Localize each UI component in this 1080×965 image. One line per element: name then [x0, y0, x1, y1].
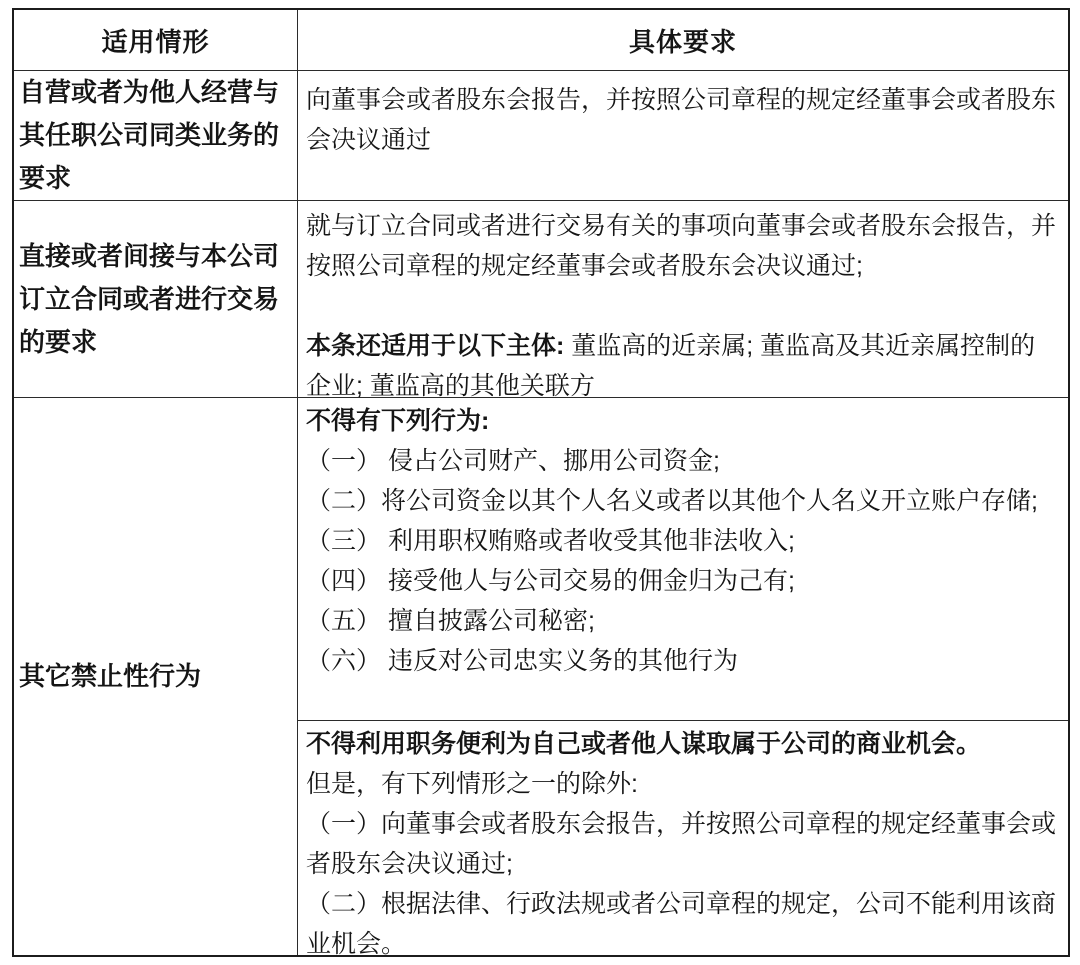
prohibited-act-item-2: （二）将公司资金以其个人名义或者以其他个人名义开立账户存储;: [306, 481, 1058, 521]
prohibited-act-item-5: （五） 擅自披露公司秘密;: [306, 601, 1058, 641]
requirement-cell: 就与订立合同或者进行交易有关的事项向董事会或者股东会报告，并按照公司章程的规定经…: [298, 201, 1068, 397]
table-row-other-prohibitions: 其它禁止性行为 不得有下列行为: （一） 侵占公司财产、挪用公司资金; （二）将…: [14, 397, 1068, 955]
requirement-paragraph: 向董事会或者股东会报告，并按照公司章程的规定经董事会或者股东会决议通过: [306, 80, 1058, 160]
situation-cell: 其它禁止性行为: [14, 398, 298, 955]
prohibited-acts-lead-bold: 不得有下列行为:: [306, 407, 489, 435]
header-cell-requirement: 具体要求: [298, 10, 1068, 70]
requirement-cell: 不得有下列行为: （一） 侵占公司财产、挪用公司资金; （二）将公司资金以其个人…: [298, 398, 1068, 955]
business-opportunity-subcell: 不得利用职务便利为自己或者他人谋取属于公司的商业机会。 但是，有下列情形之一的除…: [298, 721, 1068, 955]
applies-to-lead-bold: 本条还适用于以下主体:: [306, 332, 564, 360]
business-opportunity-lead: 不得利用职务便利为自己或者他人谋取属于公司的商业机会。: [306, 724, 1058, 764]
situation-column-header: 适用情形: [101, 22, 209, 59]
applies-to-paragraph: 本条还适用于以下主体: 董监高的近亲属; 董监高及其近亲属控制的企业; 董监高的…: [306, 326, 1058, 397]
table-row-competing-business: 自营或者为他人经营与其任职公司同类业务的要求 向董事会或者股东会报告，并按照公司…: [14, 70, 1068, 200]
requirement-paragraph: 就与订立合同或者进行交易有关的事项向董事会或者股东会报告，并按照公司章程的规定经…: [306, 206, 1058, 286]
table-row-self-contracting: 直接或者间接与本公司订立合同或者进行交易的要求 就与订立合同或者进行交易有关的事…: [14, 200, 1068, 397]
prohibited-act-item-3: （三） 利用职权贿赂或者收受其他非法收入;: [306, 521, 1058, 561]
prohibited-acts-lead: 不得有下列行为:: [306, 401, 1058, 441]
business-opportunity-lead-bold: 不得利用职务便利为自己或者他人谋取属于公司的商业机会。: [306, 730, 981, 758]
prohibited-act-item-1: （一） 侵占公司财产、挪用公司资金;: [306, 441, 1058, 481]
table-header-row: 适用情形 具体要求: [14, 10, 1068, 70]
situation-cell: 直接或者间接与本公司订立合同或者进行交易的要求: [14, 201, 298, 397]
prohibited-act-item-6: （六） 违反对公司忠实义务的其他行为: [306, 641, 1058, 681]
exception-item-1: （一）向董事会或者股东会报告，并按照公司章程的规定经董事会或者股东会决议通过;: [306, 804, 1058, 884]
prohibited-acts-subcell: 不得有下列行为: （一） 侵占公司财产、挪用公司资金; （二）将公司资金以其个人…: [298, 398, 1068, 721]
situation-cell: 自营或者为他人经营与其任职公司同类业务的要求: [14, 71, 298, 200]
situation-text: 直接或者间接与本公司订立合同或者进行交易的要求: [14, 233, 297, 366]
requirements-table: 适用情形 具体要求 自营或者为他人经营与其任职公司同类业务的要求 向董事会或者股…: [12, 8, 1070, 957]
requirement-cell: 向董事会或者股东会报告，并按照公司章程的规定经董事会或者股东会决议通过: [298, 71, 1068, 200]
prohibited-act-item-4: （四） 接受他人与公司交易的佣金归为己有;: [306, 561, 1058, 601]
header-cell-situation: 适用情形: [14, 10, 298, 70]
situation-text: 自营或者为他人经营与其任职公司同类业务的要求: [14, 69, 297, 202]
requirement-column-header: 具体要求: [629, 22, 737, 59]
exception-item-2: （二）根据法律、行政法规或者公司章程的规定，公司不能利用该商业机会。: [306, 884, 1058, 955]
exception-intro: 但是，有下列情形之一的除外:: [306, 764, 1058, 804]
situation-text: 其它禁止性行为: [14, 653, 297, 700]
